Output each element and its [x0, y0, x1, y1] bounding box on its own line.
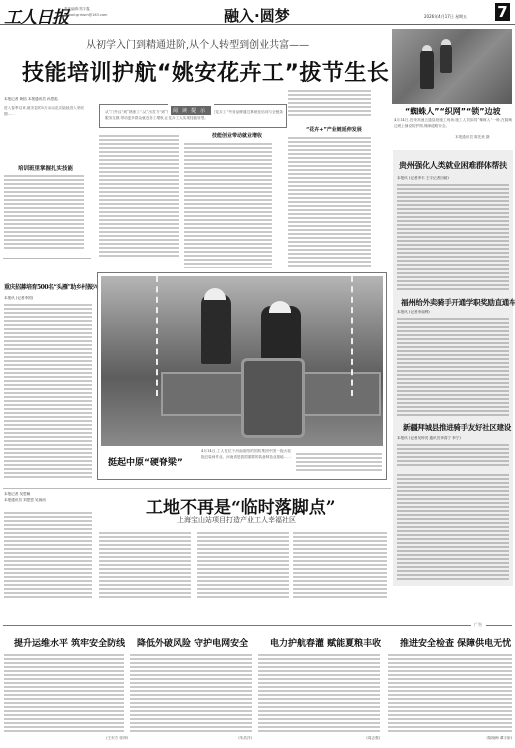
- hard-hat: [422, 45, 432, 51]
- ad-article-2-title: 降低外破风险 守护电网安全: [137, 636, 248, 649]
- lead-body-col-2: [99, 133, 179, 258]
- divider: [3, 258, 91, 259]
- worker-figure: [440, 43, 452, 73]
- sidebar-article-2-body: [397, 316, 509, 416]
- hard-hat: [441, 39, 451, 45]
- center-photo-frame: 挺起中原“硬脊梁” 4月14日,工人在位于河南洛阳的国机集团中国一拖大轮拖总装间…: [97, 272, 387, 480]
- hard-hat: [204, 288, 226, 300]
- ad-article-3-title: 电力护航春灌 赋能夏粮丰收: [270, 636, 381, 649]
- photo-spider-workers: [392, 29, 512, 104]
- lead-headline: 技能培训护航“姚安花卉工”拔节生长: [22, 56, 389, 87]
- worker-figure: [201, 294, 231, 364]
- sidebar-article-3-body-cont: [397, 472, 509, 582]
- lead-body-col-1b: [4, 173, 84, 251]
- lead-subhead-1: 培训班里掌握扎实技能: [18, 164, 73, 172]
- feature-body-col-3: [197, 530, 289, 598]
- page-number: 7: [497, 3, 507, 21]
- coiled-cables: [156, 276, 162, 396]
- feature-body-col-4: [293, 530, 387, 598]
- ads-rule-left: [3, 625, 471, 626]
- feature-body-col-1: [4, 510, 92, 598]
- ad-article-1-credit: (王东方 张坤): [94, 736, 128, 742]
- sidebar-article-1-title: 贵州强化人类就业困难群体帮扶: [399, 160, 507, 171]
- left-article-title: 重庆招募培育500名“头雁”助乡村振兴: [4, 282, 98, 291]
- contact-line-1: 责任编辑:郑宇鑫: [64, 7, 90, 12]
- lead-subhead-2: 技能创业带动就业增收: [212, 132, 262, 139]
- hard-hat: [269, 301, 291, 313]
- lead-body-col-3: [184, 141, 272, 268]
- ads-rule-right: [486, 625, 512, 626]
- lead-body-col-4b: [288, 135, 371, 268]
- divider: [3, 488, 391, 489]
- photo-caption-title: “蜘蛛人”“织网”“锁”边坡: [405, 106, 501, 117]
- sidebar-panel: 贵州强化人类就业困难群体帮扶 本报讯 (记者李丰 王宇记者田硕) 福州给外卖骑手…: [393, 150, 513, 470]
- lead-kicker: 从初学入门到精通进阶,从个人转型到创业共富——: [86, 36, 309, 51]
- photo-factory-workers: [101, 276, 383, 446]
- ad-article-3-credit: (周志强): [346, 736, 380, 742]
- ad-article-1-body: [4, 652, 124, 734]
- issue-date: 2026年4月17日 星期五: [424, 14, 467, 20]
- section-title: 融入·圆梦: [224, 5, 290, 26]
- sidebar-panel-lower: [393, 470, 513, 586]
- reading-tip-label: 阅读提示: [168, 97, 214, 116]
- reading-tip-label-text: 阅读提示: [171, 106, 211, 115]
- lead-body-col-4a: [288, 88, 371, 118]
- sidebar-article-3-body: [397, 442, 509, 468]
- feature-body-col-2: [99, 530, 191, 598]
- lead-byline: 本报记者 黄榕 本报通讯员 孙思彪: [4, 97, 104, 103]
- ad-article-4-credit: (陈晓梅 谭宇娇): [466, 736, 512, 742]
- left-article-body: [4, 302, 92, 478]
- ad-article-4-body: [388, 652, 512, 734]
- sidebar-article-1-body: [397, 182, 509, 292]
- feature-subheadline: 上海宝山站项目打造产业工人幸福社区: [177, 515, 296, 525]
- ad-article-2-credit: (朱浩洋): [218, 736, 252, 742]
- photo-caption-text: 4月14日,宜荣高速五通县段施工现场,施工人员如同“蜘蛛人”一般,在陡峭边坡上铺…: [394, 118, 512, 135]
- ad-article-2-body: [130, 652, 252, 734]
- center-photo-caption-text: 4月14日,工人在位于河南洛阳的国机集团中国一拖大轮拖总装间作业。河南省是我国重…: [201, 449, 291, 473]
- masthead-rule: [0, 24, 515, 25]
- center-photo-caption-title: 挺起中原“硬脊梁”: [108, 455, 183, 468]
- photo-credit: 本报通讯员 陈先贵 摄: [455, 135, 515, 141]
- ad-article-3-body: [258, 652, 380, 734]
- coiled-cables: [351, 276, 357, 396]
- lead-body-col-1: 进入春季以来,姚安县的5万余亩花卉陆续进入采收期……: [4, 106, 84, 160]
- ad-article-1-title: 提升运维水平 筑牢安全防线: [14, 636, 125, 649]
- lead-subhead-3: “花卉+”产业链延伸发展: [306, 126, 362, 133]
- axle-housing: [241, 358, 305, 438]
- masthead: 工人日报 责任编辑:郑宇鑫 E-mail:grrbsm@163.com 融入·圆…: [0, 0, 515, 24]
- contact-line-2: E-mail:grrbsm@163.com: [64, 13, 107, 17]
- sidebar-article-3-title: 新疆拜城县推进骑手友好社区建设: [403, 422, 511, 433]
- sidebar-article-2-title: 福州给外卖骑手开通学职奖励直通车: [401, 297, 515, 308]
- ad-article-4-title: 推进安全检查 保障供电无忧: [400, 636, 511, 649]
- center-photo-caption-text-cont: [296, 451, 382, 471]
- page-number-badge: 7: [495, 3, 510, 21]
- ads-label: 广告: [474, 622, 482, 628]
- feature-byline-2: 本报通讯员 刘思思 吴蓉西: [4, 498, 84, 504]
- worker-figure: [420, 49, 434, 89]
